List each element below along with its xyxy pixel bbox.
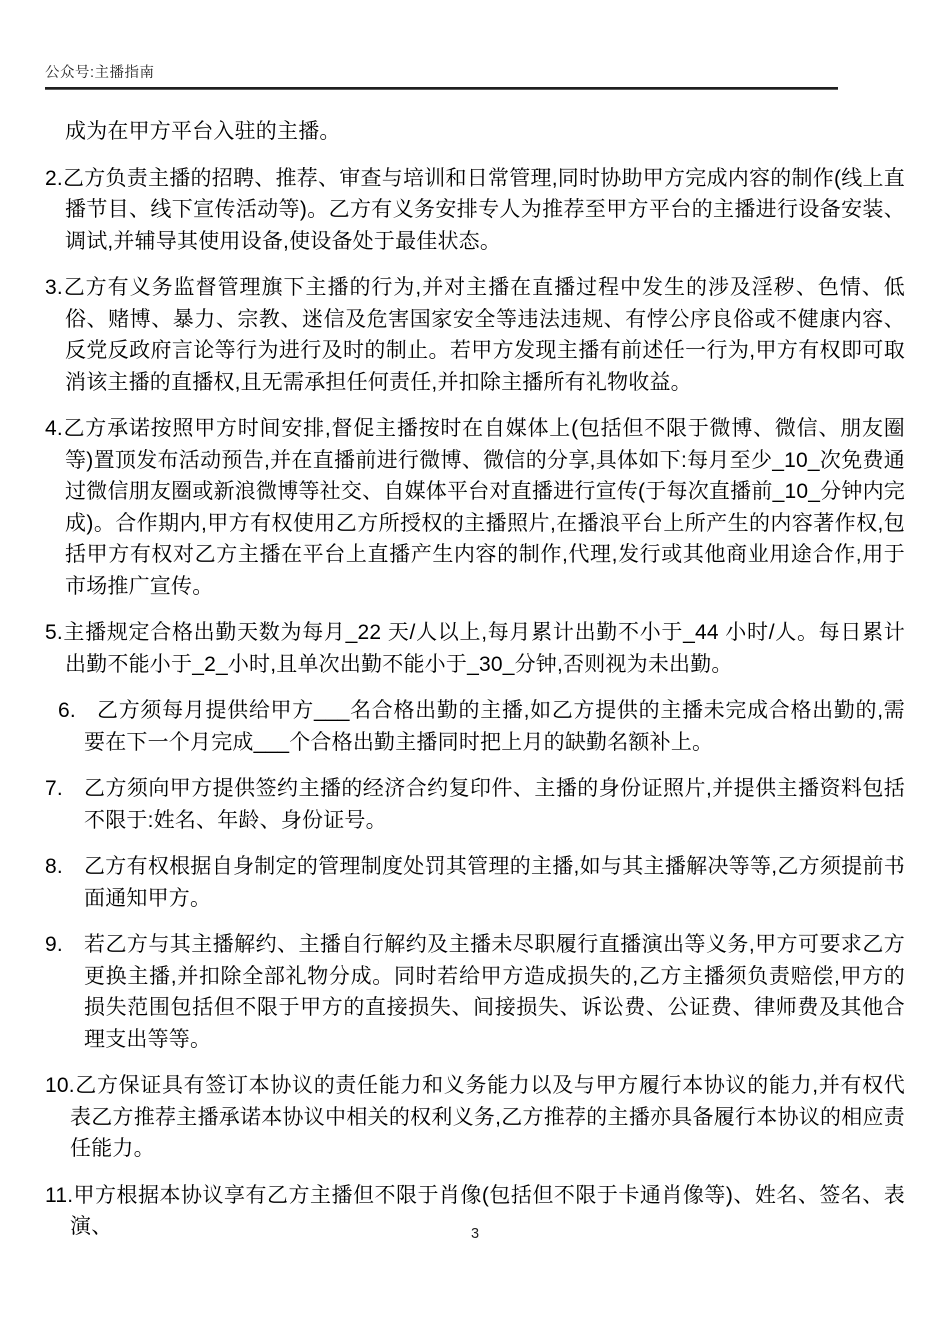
clause-number: 6. [45, 695, 76, 727]
clause-1-continuation: 成为在甲方平台入驻的主播。 [45, 116, 905, 148]
clause-9: 9.若乙方与其主播解约、主播自行解约及主播未尽职履行直播演出等义务,甲方可要求乙… [45, 929, 905, 1055]
clause-5: 5.主播规定合格出勤天数为每月_22 天/人以上,每月累计出勤不小于_44 小时… [45, 617, 905, 680]
clause-number: 3. [45, 276, 63, 299]
clause-text: 乙方负责主播的招聘、推荐、审查与培训和日常管理,同时协助甲方完成内容的制作(线上… [63, 167, 905, 253]
clause-text: 乙方须每月提供给甲方___名合格出勤的主播,如乙方提供的主播未完成合格出勤的,需… [84, 699, 905, 754]
clause-number: 4. [45, 417, 63, 440]
clause-10: 10.乙方保证具有签订本协议的责任能力和义务能力以及与甲方履行本协议的能力,并有… [45, 1070, 905, 1165]
clause-number: 10. [45, 1074, 75, 1097]
clause-text: 乙方有义务监督管理旗下主播的行为,并对主播在直播过程中发生的涉及淫秽、色情、低俗… [63, 276, 905, 394]
clause-4: 4.乙方承诺按照甲方时间安排,督促主播按时在自媒体上(包括但不限于微博、微信、朋… [45, 413, 905, 602]
clause-3: 3.乙方有义务监督管理旗下主播的行为,并对主播在直播过程中发生的涉及淫秽、色情、… [45, 272, 905, 398]
page-number: 3 [0, 1226, 950, 1242]
clause-number: 9. [45, 929, 63, 961]
header-rule [45, 87, 838, 90]
clause-8: 8.乙方有权根据自身制定的管理制度处罚其管理的主播,如与其主播解决等等,乙方须提… [45, 851, 905, 914]
clause-7: 7.乙方须向甲方提供签约主播的经济合约复印件、主播的身份证照片,并提供主播资料包… [45, 773, 905, 836]
contract-body: 成为在甲方平台入驻的主播。 2.乙方负责主播的招聘、推荐、审查与培训和日常管理,… [0, 116, 950, 1243]
clause-6: 6.乙方须每月提供给甲方___名合格出勤的主播,如乙方提供的主播未完成合格出勤的… [45, 695, 905, 758]
clause-number: 7. [45, 773, 63, 805]
clause-number: 11. [45, 1184, 73, 1207]
clause-text: 若乙方与其主播解约、主播自行解约及主播未尽职履行直播演出等义务,甲方可要求乙方更… [84, 933, 905, 1051]
clause-number: 2. [45, 167, 63, 190]
clause-text: 主播规定合格出勤天数为每月_22 天/人以上,每月累计出勤不小于_44 小时/人… [63, 621, 905, 676]
clause-number: 8. [45, 851, 63, 883]
clause-text: 乙方有权根据自身制定的管理制度处罚其管理的主播,如与其主播解决等等,乙方须提前书… [84, 855, 905, 910]
clause-number: 5. [45, 621, 63, 644]
clause-text: 乙方承诺按照甲方时间安排,督促主播按时在自媒体上(包括但不限于微博、微信、朋友圈… [63, 417, 905, 598]
clause-text: 乙方保证具有签订本协议的责任能力和义务能力以及与甲方履行本协议的能力,并有权代表… [70, 1074, 905, 1160]
clause-text: 成为在甲方平台入驻的主播。 [65, 120, 341, 143]
document-page: 公众号:主播指南 成为在甲方平台入驻的主播。 2.乙方负责主播的招聘、推荐、审查… [0, 0, 950, 1344]
page-header: 公众号:主播指南 [0, 0, 950, 90]
clause-2: 2.乙方负责主播的招聘、推荐、审查与培训和日常管理,同时协助甲方完成内容的制作(… [45, 163, 905, 258]
clause-text: 乙方须向甲方提供签约主播的经济合约复印件、主播的身份证照片,并提供主播资料包括不… [84, 777, 905, 832]
header-label: 公众号:主播指南 [45, 61, 905, 82]
